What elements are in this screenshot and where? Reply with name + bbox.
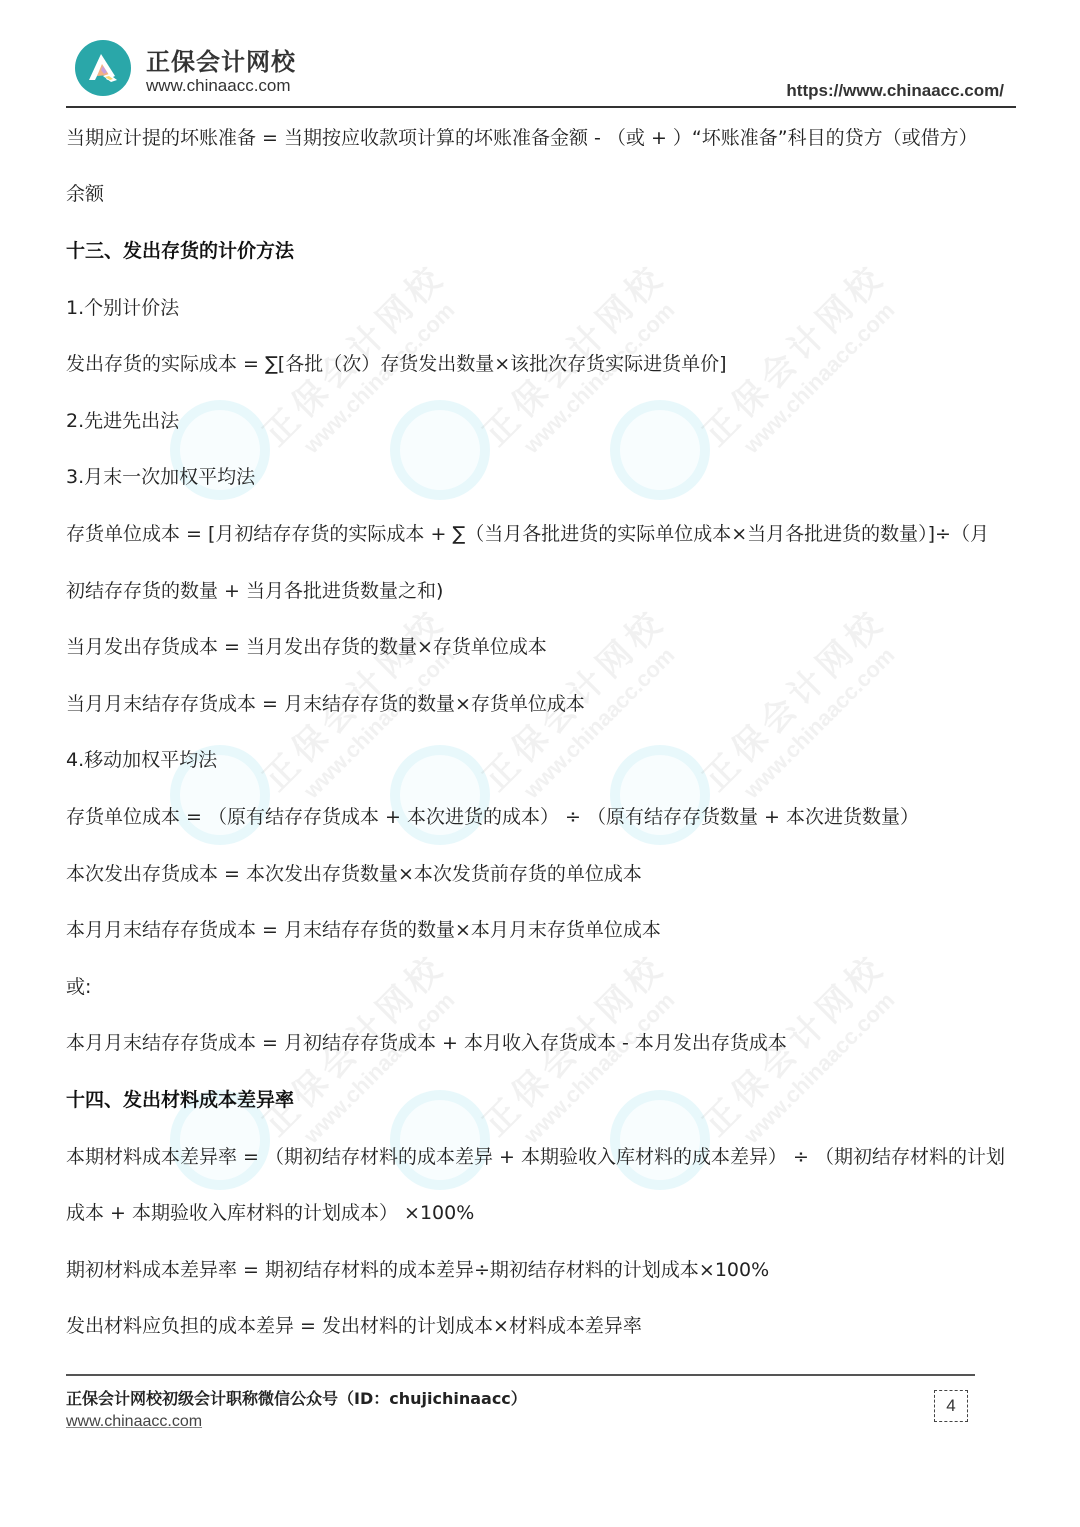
formula-specific-identification: 发出存货的实际成本 = ∑[各批（次）存货发出数量×该批次存货实际进货单价] bbox=[66, 352, 727, 376]
formula-moving-avg-ending-cost: 本月月末结存存货成本 = 月末结存存货的数量×本月月末存货单位成本 bbox=[66, 918, 661, 942]
method-2-heading: 2.先进先出法 bbox=[66, 409, 179, 433]
brand-url: www.chinaacc.com bbox=[146, 76, 291, 96]
formula-bad-debt-provision: 当期应计提的坏账准备 = 当期按应收款项计算的坏账准备金额 - （或 + ）“坏… bbox=[66, 126, 978, 150]
formula-ending-cost-alt: 本月月末结存存货成本 = 月初结存存货成本 + 本月收入存货成本 - 本月发出存… bbox=[66, 1031, 787, 1055]
method-3-heading: 3.月末一次加权平均法 bbox=[66, 465, 255, 489]
watermark-logo-icon bbox=[390, 745, 490, 845]
watermark-logo-icon bbox=[390, 400, 490, 500]
page-header: 正保会计网校 www.chinaacc.com https://www.chin… bbox=[66, 36, 1016, 108]
footer-url-link[interactable]: www.chinaacc.com bbox=[66, 1413, 202, 1431]
formula-bad-debt-provision-cont: 余额 bbox=[66, 182, 104, 206]
formula-monthly-ending-cost: 当月月末结存存货成本 = 月末结存存货的数量×存货单位成本 bbox=[66, 692, 585, 716]
page-number: 4 bbox=[934, 1390, 968, 1422]
header-divider bbox=[66, 106, 1016, 108]
watermark-logo-icon bbox=[610, 400, 710, 500]
section-heading-13: 十三、发出存货的计价方法 bbox=[66, 239, 294, 263]
watermark-text: 正保会计网校www.chinaacc.com bbox=[690, 595, 913, 818]
or-label: 或: bbox=[66, 975, 91, 999]
formula-weighted-avg-unit-cost-cont: 初结存存货的数量 + 当月各批进货数量之和) bbox=[66, 579, 443, 603]
formula-current-variance-rate-cont: 成本 + 本期验收入库材料的计划成本） ×100% bbox=[66, 1201, 474, 1225]
method-4-heading: 4.移动加权平均法 bbox=[66, 748, 217, 772]
footer-wechat-account: 正保会计网校初级会计职称微信公众号（ID：chujichinaacc） bbox=[66, 1386, 527, 1409]
formula-current-variance-rate: 本期材料成本差异率 = （期初结存材料的成本差异 + 本期验收入库材料的成本差异… bbox=[66, 1145, 1005, 1169]
brand-name: 正保会计网校 bbox=[146, 42, 296, 77]
formula-monthly-issued-cost: 当月发出存货成本 = 当月发出存货的数量×存货单位成本 bbox=[66, 635, 547, 659]
chinaacc-logo-icon bbox=[75, 40, 131, 96]
watermark-logo-icon bbox=[610, 745, 710, 845]
formula-issued-material-variance: 发出材料应负担的成本差异 = 发出材料的计划成本×材料成本差异率 bbox=[66, 1314, 642, 1338]
formula-moving-avg-issued-cost: 本次发出存货成本 = 本次发出存货数量×本次发货前存货的单位成本 bbox=[66, 862, 642, 886]
watermark-logo-icon bbox=[610, 1090, 710, 1190]
footer-divider bbox=[66, 1374, 975, 1376]
section-heading-14: 十四、发出材料成本差异率 bbox=[66, 1088, 294, 1112]
site-url-link[interactable]: https://www.chinaacc.com/ bbox=[786, 81, 1004, 101]
formula-moving-avg-unit-cost: 存货单位成本 = （原有结存存货成本 + 本次进货的成本） ÷ （原有结存存货数… bbox=[66, 805, 919, 829]
formula-opening-variance-rate: 期初材料成本差异率 = 期初结存材料的成本差异÷期初结存材料的计划成本×100% bbox=[66, 1258, 769, 1282]
formula-weighted-avg-unit-cost: 存货单位成本 = [月初结存存货的实际成本 + ∑（当月各批进货的实际单位成本×… bbox=[66, 522, 989, 546]
method-1-heading: 1.个别计价法 bbox=[66, 296, 179, 320]
watermark-logo-icon bbox=[390, 1090, 490, 1190]
